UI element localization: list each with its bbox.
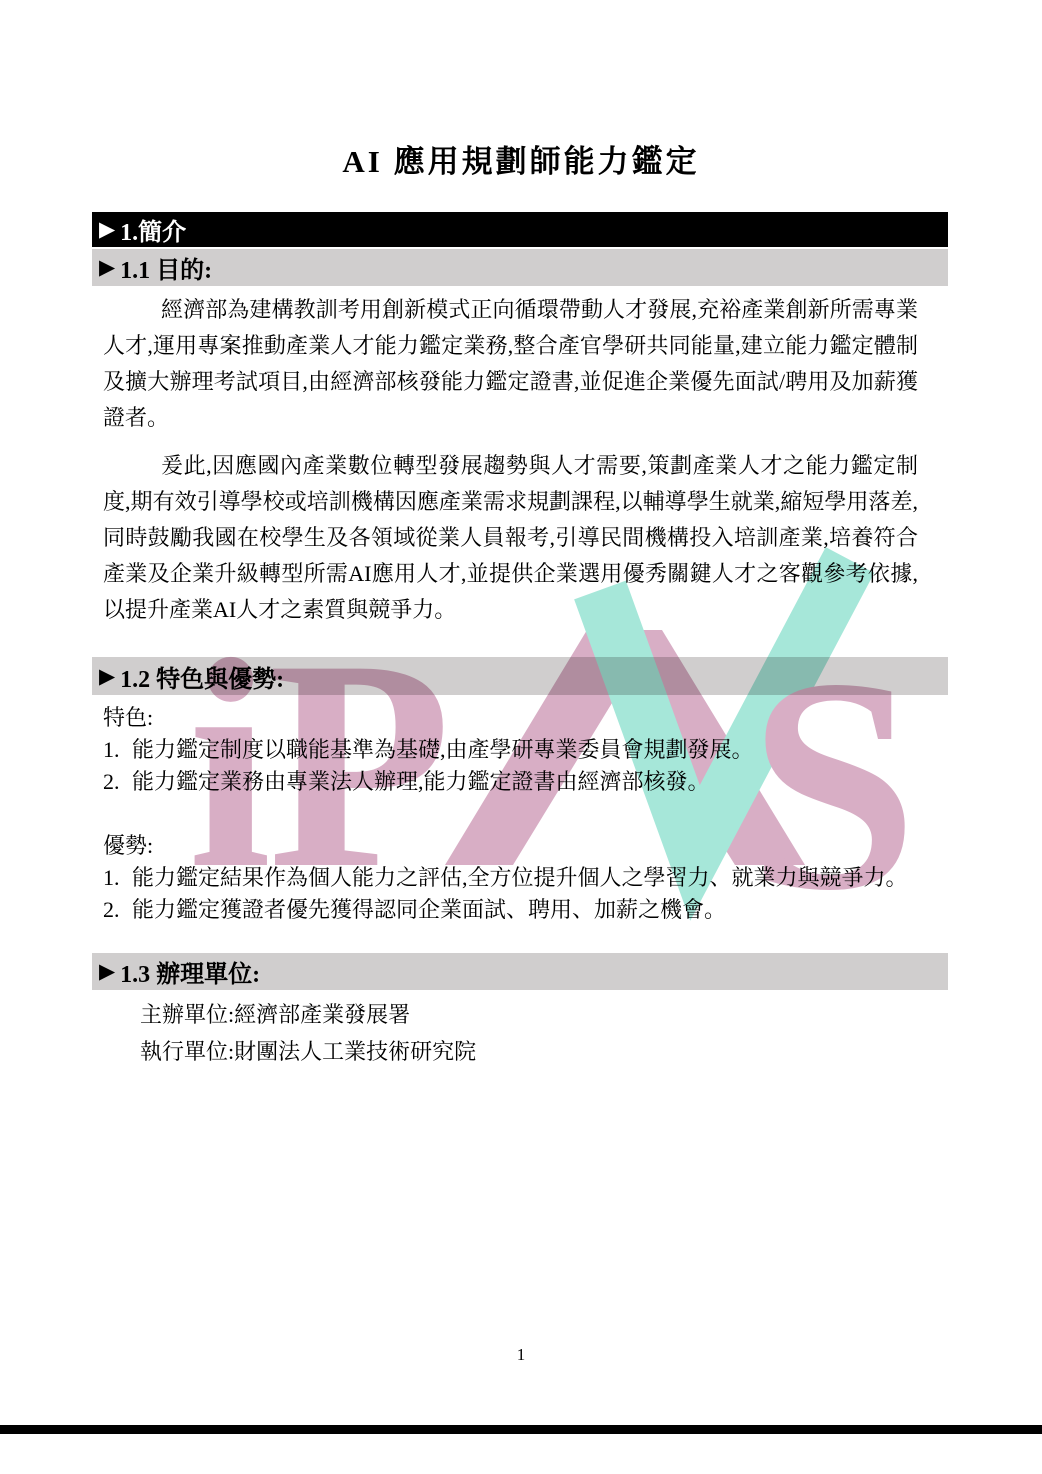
list-item: 1. 能力鑑定制度以職能基準為基礎,由產學研專業委員會規劃發展。 <box>103 734 918 766</box>
list-item-text: 能力鑑定結果作為個人能力之評估,全方位提升個人之學習力、就業力與競爭力。 <box>132 862 918 894</box>
section-header-purpose: ▶ 1.1 目的: <box>92 249 948 286</box>
section-header-purpose-label: 1.1 目的: <box>120 250 212 285</box>
section-header-intro-label: 1.簡介 <box>120 212 186 247</box>
host-organizer: 主辦單位:經濟部產業發展署 <box>140 996 918 1033</box>
executing-organizer: 執行單位:財團法人工業技術研究院 <box>140 1033 918 1070</box>
document-page: AI 應用規劃師能力鑑定 ▶ 1.簡介 ▶ 1.1 目的: 經濟部為建構教訓考用… <box>0 0 1042 1474</box>
list-item-number: 2. <box>103 766 132 798</box>
list-item-text: 能力鑑定業務由專業法人辦理,能力鑑定證書由經濟部核發。 <box>132 766 918 798</box>
features-heading: 特色: <box>103 702 918 734</box>
list-item-number: 2. <box>103 894 132 926</box>
list-item-text: 能力鑑定制度以職能基準為基礎,由產學研專業委員會規劃發展。 <box>132 734 918 766</box>
list-item: 2. 能力鑑定業務由專業法人辦理,能力鑑定證書由經濟部核發。 <box>103 766 918 798</box>
list-item: 2. 能力鑑定獲證者優先獲得認同企業面試、聘用、加薪之機會。 <box>103 894 918 926</box>
section-header-intro: ▶ 1.簡介 <box>92 212 948 247</box>
section-header-features: ▶ 1.2 特色與優勢: <box>92 657 948 695</box>
features-list: 特色: 1. 能力鑑定制度以職能基準為基礎,由產學研專業委員會規劃發展。 2. … <box>103 702 918 798</box>
list-item-number: 1. <box>103 862 132 894</box>
section-header-features-label: 1.2 特色與優勢: <box>120 659 284 694</box>
advantages-list: 優勢: 1. 能力鑑定結果作為個人能力之評估,全方位提升個人之學習力、就業力與競… <box>103 830 918 926</box>
purpose-paragraph-1: 經濟部為建構教訓考用創新模式正向循環帶動人才發展,充裕產業創新所需專業人才,運用… <box>103 292 918 436</box>
list-item-text: 能力鑑定獲證者優先獲得認同企業面試、聘用、加薪之機會。 <box>132 894 918 926</box>
organizers-block: 主辦單位:經濟部產業發展署 執行單位:財團法人工業技術研究院 <box>140 996 918 1070</box>
triangle-bullet-icon: ▶ <box>99 961 115 982</box>
triangle-bullet-icon: ▶ <box>99 219 115 240</box>
list-item: 1. 能力鑑定結果作為個人能力之評估,全方位提升個人之學習力、就業力與競爭力。 <box>103 862 918 894</box>
triangle-bullet-icon: ▶ <box>99 666 115 687</box>
triangle-bullet-icon: ▶ <box>99 257 115 278</box>
purpose-paragraph-2: 爰此,因應國內產業數位轉型發展趨勢與人才需要,策劃產業人才之能力鑑定制度,期有效… <box>103 448 918 628</box>
section-header-organizers: ▶ 1.3 辦理單位: <box>92 953 948 990</box>
section-header-organizers-label: 1.3 辦理單位: <box>120 954 260 989</box>
list-item-number: 1. <box>103 734 132 766</box>
footer-divider <box>0 1425 1042 1434</box>
advantages-heading: 優勢: <box>103 830 918 862</box>
page-title: AI 應用規劃師能力鑑定 <box>0 136 1042 181</box>
page-number: 1 <box>0 1345 1042 1365</box>
